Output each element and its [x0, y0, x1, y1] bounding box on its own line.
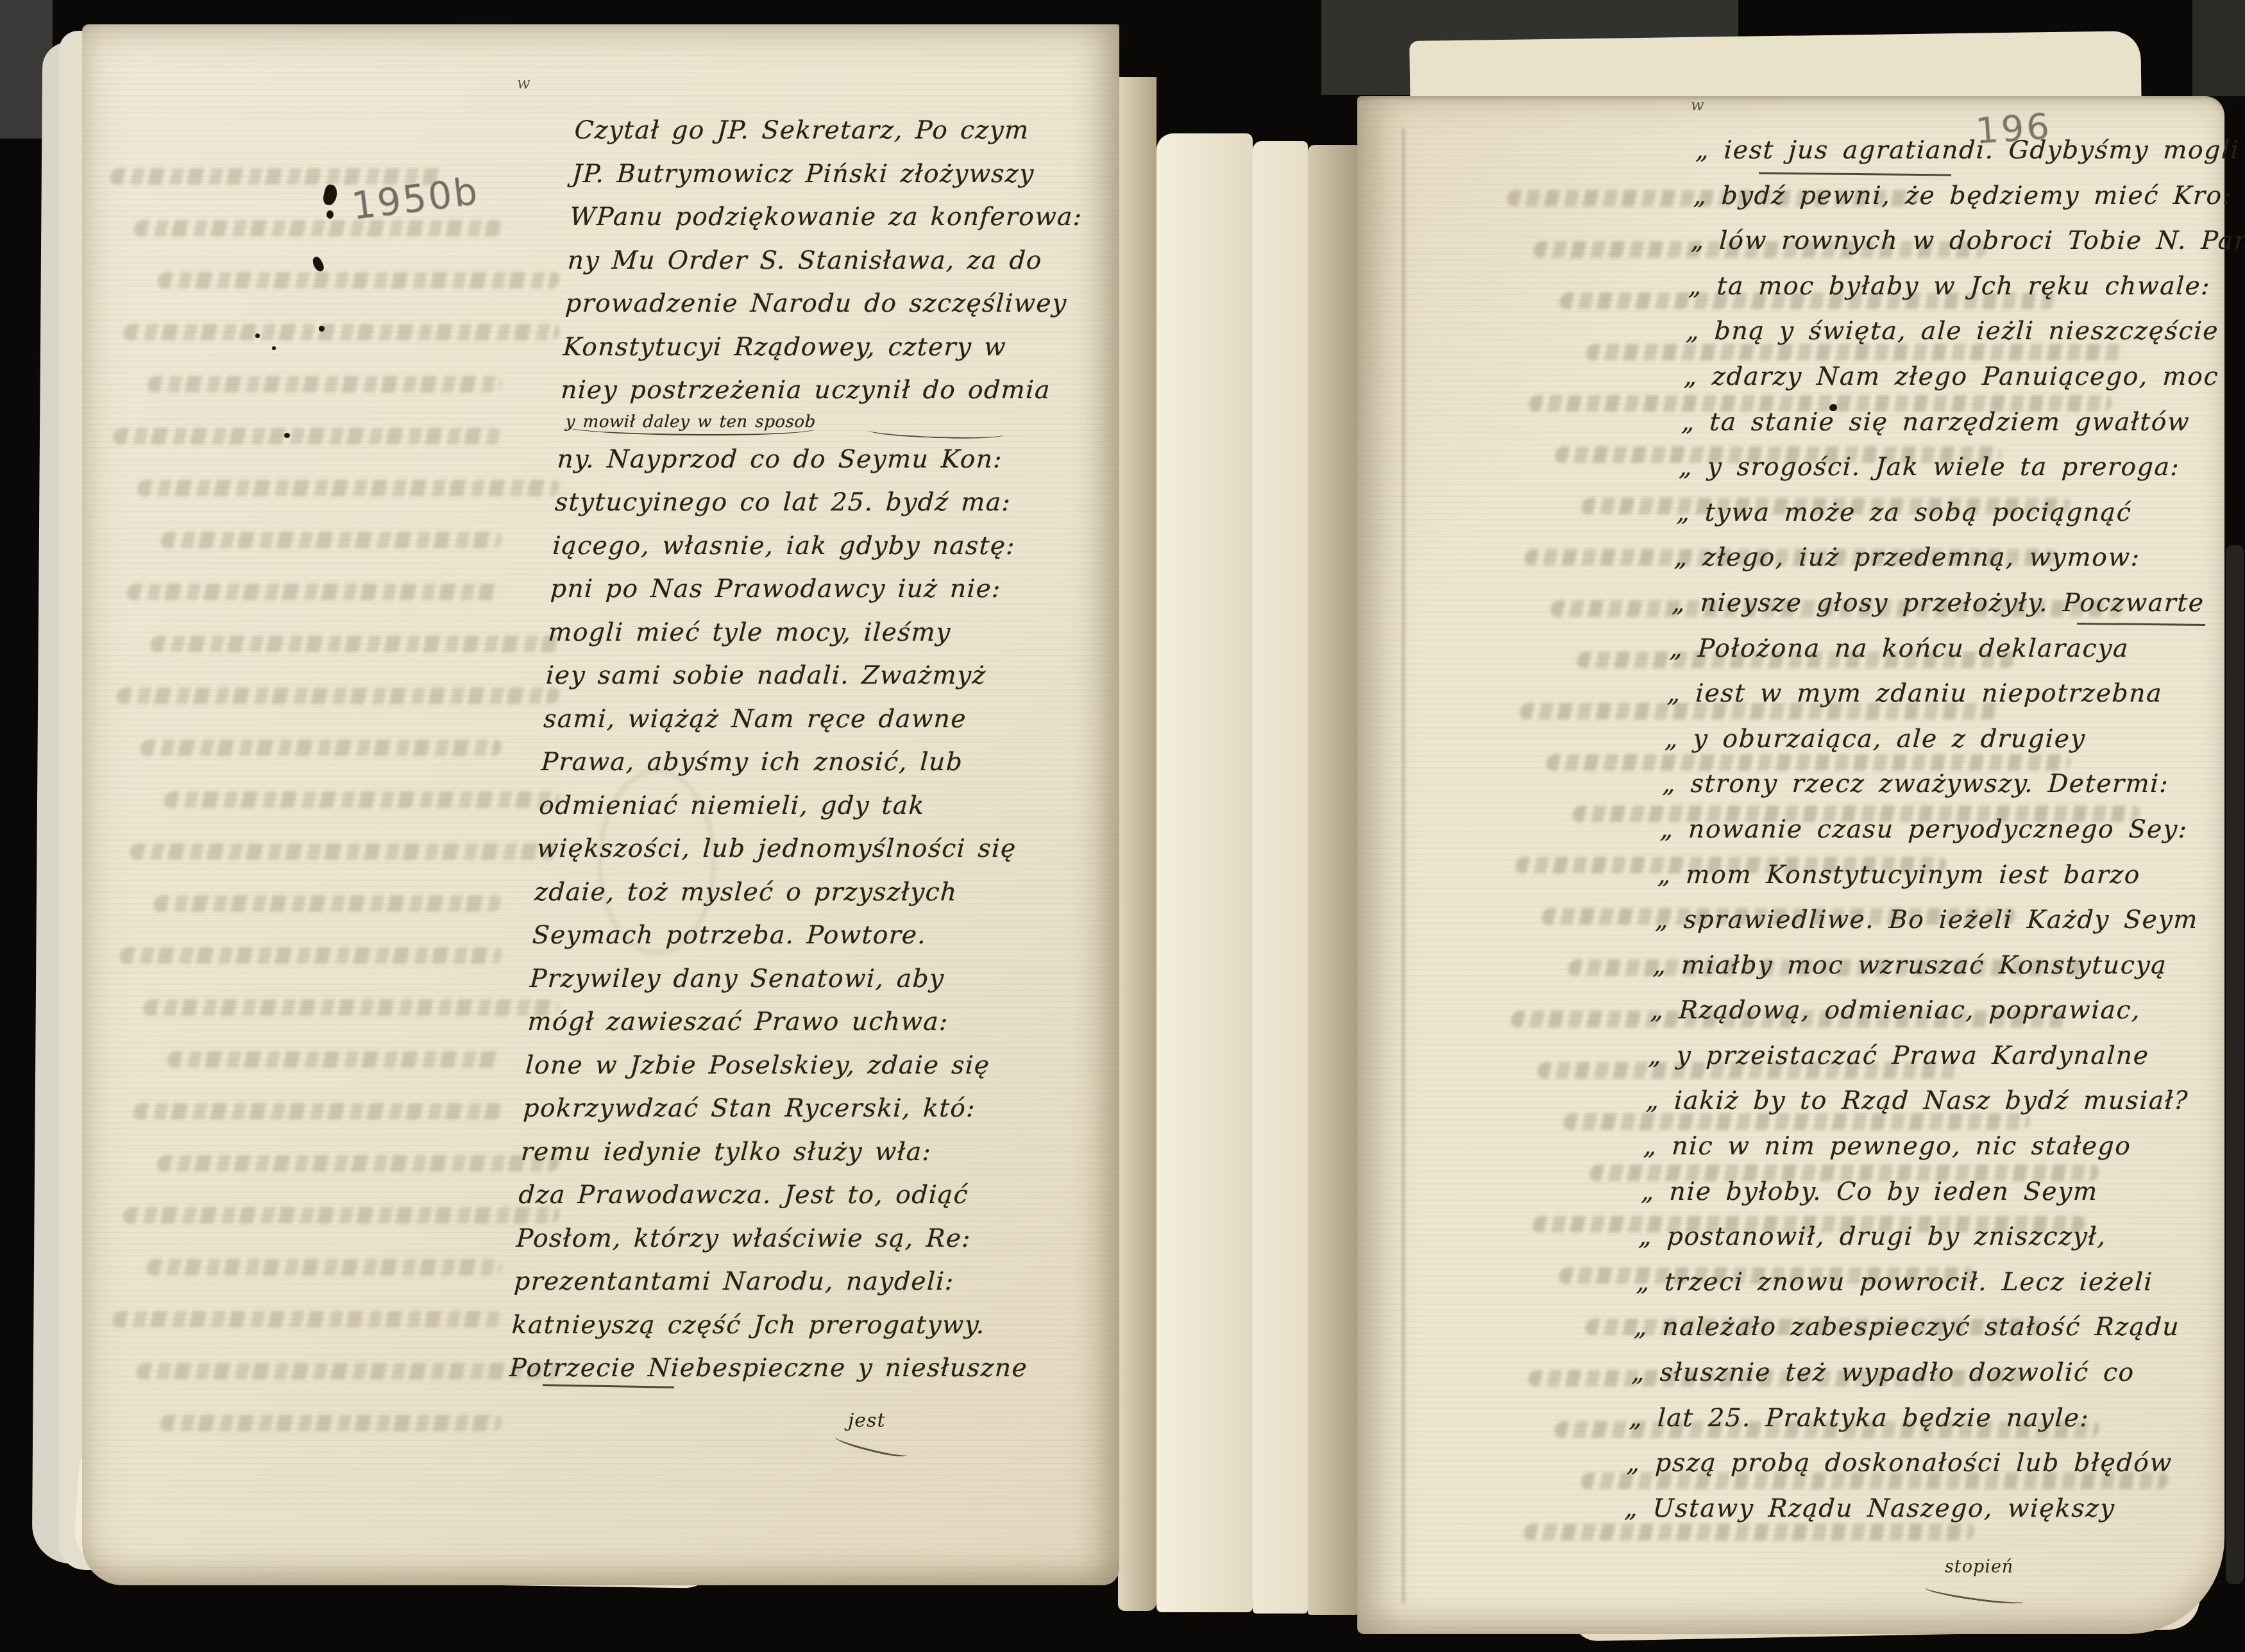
manuscript-line: katnieyszą część Jch prerogatywy. [511, 1304, 1031, 1347]
manuscript-line: „ Ustawy Rządu Naszego, większy [1623, 1487, 2222, 1532]
manuscript-line: iey sami sobie nadali. Zważmyż [545, 654, 1065, 698]
right-page-text: „ iest jus agratiandi. Gdybyśmy mogli „ … [1623, 128, 2245, 1531]
ink-blot [272, 346, 276, 350]
page-number-pencil: 196 [1974, 105, 2053, 152]
gutter-fold [1118, 77, 1156, 1611]
scanner-cradle-patch [2192, 0, 2245, 96]
manuscript-line: Konstytucyi Rządowey, cztery w [562, 326, 1082, 369]
manuscript-line: „ y przeistaczać Prawa Kardynalne [1647, 1034, 2245, 1079]
manuscript-line: „ mom Konstytucyinym iest barzo [1656, 853, 2245, 898]
manuscript-line: „ nowanie czasu peryodycznego Sey: [1659, 807, 2245, 853]
manuscript-line: „ Rządową, odmieniac, poprawiac, [1649, 988, 2245, 1034]
manuscript-line: Czytał go JP. Sekretarz, Po czym [573, 109, 1094, 153]
manuscript-line: pni po Nas Prawodawcy iuż nie: [549, 568, 1069, 611]
manuscript-line: iącego, własnie, iak gdyby nastę: [552, 525, 1072, 568]
manuscript-line: „ bną y święta, ale ieżli nieszczęście [1685, 309, 2245, 355]
manuscript-line: „ sprawiedliwe. Bo ieżeli Każdy Seym [1654, 898, 2245, 943]
manuscript-line-text: ny. Nayprzod co do Seymu Kon: [557, 445, 1004, 474]
manuscript-line: mogli mieć tyle mocy, ileśmy [547, 611, 1067, 655]
manuscript-line: niey postrzeżenia uczynił do odmia [560, 369, 1080, 412]
gutter-fold [1308, 145, 1358, 1615]
manuscript-line: remu iedynie tylko służy wła: [520, 1131, 1040, 1174]
manuscript-line: „ lów rownych w dobroci Tobie N. Paniu, [1690, 219, 2245, 264]
manuscript-line: mógł zawieszać Prawo uchwa: [527, 1000, 1047, 1044]
ink-blot [255, 333, 260, 338]
manuscript-line: prowadzenie Narodu do szczęśliwey [564, 282, 1085, 326]
manuscript-line: „ nie byłoby. Co by ieden Seym [1640, 1170, 2239, 1215]
manuscript-line: „ pszą probą doskonałości lub błędów [1625, 1441, 2224, 1487]
corner-mark: w [517, 74, 530, 92]
manuscript-line: Przywiley dany Senatowi, aby [529, 957, 1049, 1001]
manuscript-line: „ nieysze głosy przełożyły. Poczwarte [1671, 581, 2245, 627]
manuscript-line: „ należało zabespieczyć stałość Rządu [1632, 1305, 2231, 1351]
manuscript-line: „ strony rzecz zważywszy. Determi: [1661, 762, 2245, 807]
manuscript-line: „ ta moc byłaby w Jch ręku chwale: [1688, 264, 2245, 310]
manuscript-line: odmieniać niemieli, gdy tak [538, 784, 1058, 828]
manuscript-line: pokrzywdzać Stan Rycerski, któ: [522, 1087, 1042, 1131]
manuscript-line: „ bydź pewni, że będziemy mieć Kro: [1692, 174, 2245, 219]
manuscript-line: ny Mu Order S. Stanisława, za do [566, 239, 1087, 283]
manuscript-line: „ nic w nim pewnego, nic stałego [1642, 1124, 2241, 1170]
manuscript-line: dza Prawodawcza. Jest to, odiąć [518, 1174, 1038, 1217]
manuscript-line: „ tywa może za sobą pociągnąć [1675, 491, 2245, 536]
left-page-text: Czytał go JP. Sekretarz, Po czym JP. But… [509, 109, 1094, 1390]
manuscript-line: „ Położona na końcu deklaracya [1668, 627, 2245, 672]
manuscript-line: „ iakiż by to Rząd Nasz bydź musiał? [1645, 1079, 2243, 1124]
manuscript-scan: Czytał go JP. Sekretarz, Po czym JP. But… [0, 0, 2245, 1652]
manuscript-line: stytucyinego co lat 25. bydź ma: [554, 481, 1074, 525]
ink-blot [284, 433, 290, 438]
manuscript-line: JP. Butrymowicz Piński złożywszy [571, 153, 1091, 196]
manuscript-line: „ iest w mym zdaniu niepotrzebna [1666, 671, 2245, 717]
manuscript-line: „ postanowił, drugi by zniszczył, [1638, 1215, 2236, 1260]
catchword: jest [848, 1410, 886, 1432]
manuscript-line: „ trzeci znowu powrocił. Lecz ieżeli [1635, 1260, 2233, 1306]
manuscript-line: „ y oburzaiąca, ale z drugiey [1664, 717, 2245, 763]
manuscript-line: zdaie, toż mysleć o przyszłych [534, 871, 1054, 914]
ink-blot [319, 326, 325, 332]
manuscript-line: y mowił daley w ten sposob ny. Nayprzod … [556, 412, 1078, 482]
page-fold-crease [1402, 128, 1405, 1603]
manuscript-line: „ złego, iuż przedemną, wymow: [1673, 535, 2245, 581]
manuscript-line: Posłom, którzy właściwie są, Re: [515, 1217, 1035, 1261]
manuscript-line: większości, lub jednomyślności się [536, 827, 1056, 871]
manuscript-line: „ y srogości. Jak wiele ta preroga: [1678, 445, 2245, 491]
underline-stroke [866, 424, 1004, 440]
catchword: stopień [1945, 1557, 2013, 1577]
ink-blot [326, 210, 334, 219]
ink-blot [1829, 404, 1837, 411]
manuscript-line: „ lat 25. Praktyka będzie nayle: [1628, 1396, 2226, 1442]
manuscript-line: Seymach potrzeba. Powtore. [531, 914, 1051, 957]
manuscript-line: prezentantami Narodu, naydeli: [513, 1260, 1033, 1304]
manuscript-line: sami, wiążąż Nam ręce dawne [543, 698, 1063, 741]
manuscript-line: Prawa, abyśmy ich znosić, lub [540, 741, 1060, 784]
gutter-fold [1253, 141, 1308, 1614]
manuscript-line: „ ta stanie się narzędziem gwałtów [1680, 400, 2245, 446]
manuscript-line: „ słusznie też wypadło dozwolić co [1631, 1351, 2229, 1396]
manuscript-line: WPanu podziękowanie za konferowa: [569, 196, 1089, 239]
interlinear-insertion: y mowił daley w ten sposob [565, 412, 817, 435]
corner-mark: w [1691, 96, 1704, 114]
manuscript-line: lone w Jzbie Poselskiey, zdaie się [524, 1044, 1044, 1088]
manuscript-line: „ miałby moc wzruszać Konstytucyą [1652, 943, 2245, 989]
gutter-fold [1156, 133, 1253, 1612]
manuscript-line: „ iest jus agratiandi. Gdybyśmy mogli [1695, 128, 2245, 174]
manuscript-line: „ zdarzy Nam złego Panuiącego, moc [1682, 355, 2245, 400]
manuscript-line: Potrzecie Niebespieczne y niesłuszne [509, 1347, 1029, 1390]
